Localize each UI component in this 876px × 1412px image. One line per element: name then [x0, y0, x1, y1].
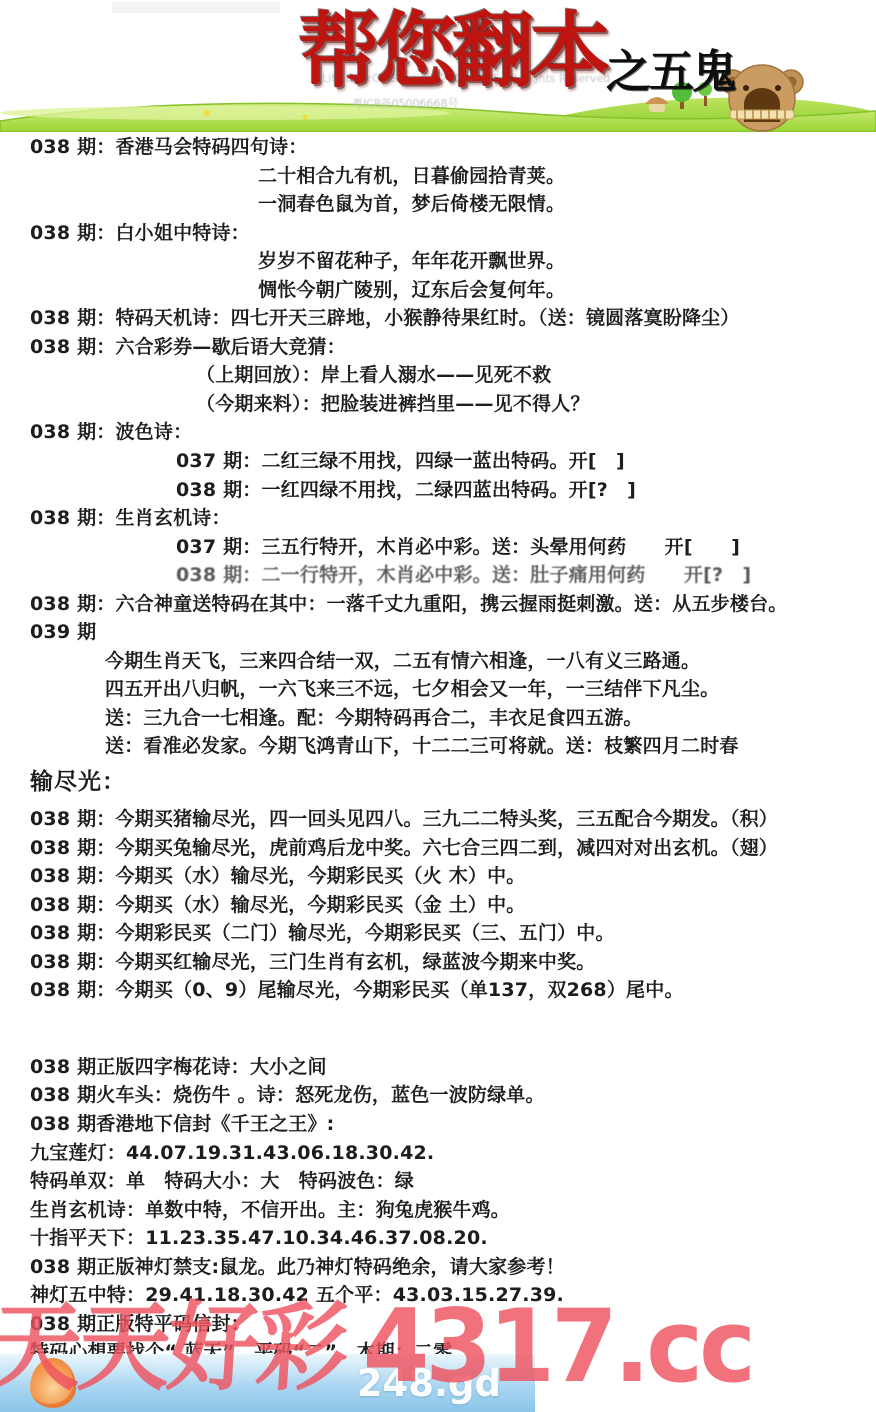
- text-line: 岁岁不留花种子，年年花开飘世界。: [0, 247, 876, 276]
- text-line: 037 期：三五行特开，木肖必中彩。送：头晕用何药 开[ ]: [0, 533, 876, 562]
- text-line: 038 期：白小姐中特诗：: [0, 219, 876, 248]
- text-line: 惆怅今朝广陵别，辽东后会复何年。: [0, 276, 876, 305]
- text-line: 十指平天下：11.23.35.47.10.34.46.37.08.20.: [0, 1224, 876, 1253]
- header: 帮您翻本之五鬼: [298, 2, 735, 102]
- text-line: 038 期：香港马会特码四句诗：: [0, 133, 876, 162]
- text-line: 038 期：二一行特开，木肖必中彩。送：肚子痛用何药 开[? ]: [0, 561, 876, 590]
- site-subtitle: 之五鬼: [606, 35, 735, 100]
- site-title: 帮您翻本: [298, 4, 606, 99]
- text-line: 038 期：今期彩民买（二门）输尽光，今期彩民买（三、五门）中。: [0, 919, 876, 948]
- text-line: 038 期正版四字梅花诗：大小之间: [0, 1053, 876, 1082]
- tip-sheet-content: 038 期：香港马会特码四句诗：二十相合九有机，日暮偷园拾青荚。一洞春色鼠为首，…: [0, 133, 876, 1395]
- text-line: 039 期: [0, 618, 876, 647]
- text-line: 038 期：今期买红输尽光，三门生肖有玄机，绿蓝波今期来中奖。: [0, 948, 876, 977]
- text-line: （今期来料）：把脸装进裤挡里——见不得人？: [0, 390, 876, 419]
- text-line: 送：看准必发家。今期飞鸿青山下，十二二三可将就。送：枝繁四月二时春: [0, 732, 876, 761]
- text-line: 九宝莲灯：44.07.19.31.43.06.18.30.42.: [0, 1139, 876, 1168]
- text-line: 输尽光：: [0, 767, 876, 797]
- text-line: 二十相合九有机，日暮偷园拾青荚。: [0, 162, 876, 191]
- text-line: （上期回放）：岸上看人溺水——见死不救: [0, 361, 876, 390]
- text-line: 038 期火车头：烧伤牛 。诗：怒死龙伤，蓝色一波防绿单。: [0, 1081, 876, 1110]
- text-line: 038 期：今期买猪输尽光，四一回头见四八。三九二二特头奖，三五配合今期发。（积…: [0, 805, 876, 834]
- text-line: 生肖玄机诗：单数中特，不信开出。主：狗兔虎猴牛鸡。: [0, 1196, 876, 1225]
- text-line: 038 期：六合神童送特码在其中：一落千丈九重阳，携云握雨挺刺激。送：从五步楼台…: [0, 590, 876, 619]
- text-line: 送：三九合一七相逢。配：今期特码再合二，丰衣足食四五游。: [0, 704, 876, 733]
- text-line: 037 期：二红三绿不用找，四绿一蓝出特码。开[ ]: [0, 447, 876, 476]
- text-line: 一洞春色鼠为首，梦后倚楼无限情。: [0, 190, 876, 219]
- watermark-brand: 天天好彩: [0, 1271, 351, 1410]
- text-line: 038 期：今期买（水）输尽光，今期彩民买（火 木）中。: [0, 862, 876, 891]
- text-line: 038 期：今期买（0、9）尾输尽光，今期彩民买（单137，双268）尾中。: [0, 976, 876, 1005]
- text-line: 今期生肖天飞，三来四合结一双，二五有情六相逢，一八有义三路通。: [0, 647, 876, 676]
- text-line: 038 期香港地下信封《千王之王》:: [0, 1110, 876, 1139]
- watermark-domain: 4317.cc: [363, 1288, 752, 1406]
- text-line: 038 期：波色诗：: [0, 418, 876, 447]
- flower-dot-icon: [204, 110, 210, 116]
- text-line: 038 期：今期买（水）输尽光，今期彩民买（金 土）中。: [0, 891, 876, 920]
- text-line: 038 期：生肖玄机诗：: [0, 504, 876, 533]
- text-line: 038 期：今期买兔输尽光，虎前鸡后龙中奖。六七合三四二到，减四对对出玄机。（翅…: [0, 834, 876, 863]
- page: 帮您翻本之五鬼 Life DearCir Studio ©2003-2005 A…: [0, 0, 876, 1412]
- watermark: 天天好彩 4317.cc: [0, 1271, 752, 1410]
- text-line: 四五开出八归帆，一六飞来三不远，七夕相会又一年，一三结伴下凡尘。: [0, 675, 876, 704]
- text-line: 038 期：一红四绿不用找，二绿四蓝出特码。开[? ]: [0, 476, 876, 505]
- text-line: 特码单双：单 特码大小：大 特码波色：绿: [0, 1167, 876, 1196]
- flower-dot-icon: [302, 114, 307, 119]
- text-line: 038 期：特码天机诗：四七开天三辟地，小猴静待果红时。（送：镜圆落寞盼降尘）: [0, 304, 876, 333]
- text-line: 038 期：六合彩券—歇后语大竞猜：: [0, 333, 876, 362]
